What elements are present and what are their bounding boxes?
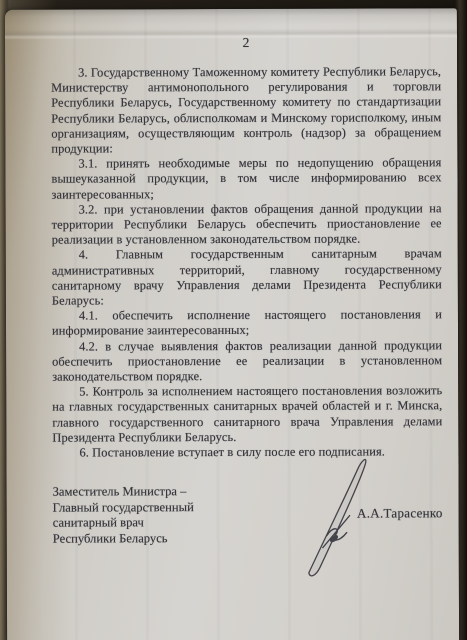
paragraph-3: 3. Государственному Таможенному комитету… — [51, 64, 441, 157]
photo-background: 2 3. Государственному Таможенному комите… — [0, 0, 467, 640]
signer-title: Заместитель Министра – Главный государст… — [53, 484, 194, 546]
page-content: 2 3. Государственному Таможенному комите… — [5, 8, 459, 547]
paragraph-4-2: 4.2. в случае выявления фактов реализаци… — [52, 338, 442, 385]
paragraph-3-2: 3.2. при установлении фактов обращения д… — [52, 201, 442, 248]
paragraph-4: 4. Главным государственным санитарным вр… — [52, 247, 442, 309]
body-text: 3. Государственному Таможенному комитету… — [51, 64, 442, 461]
signer-name: А.А.Тарасенко — [357, 506, 443, 546]
signer-title-line: Заместитель Министра – — [53, 484, 194, 500]
paragraph-3-1: 3.1. принять необходимые меры по недопущ… — [51, 155, 441, 202]
paragraph-6: 6. Постановление вступает в силу после е… — [52, 444, 442, 461]
signer-title-line: Главный государственный — [53, 500, 194, 516]
signature-block: Заместитель Министра – Главный государст… — [53, 484, 443, 547]
document-page: 2 3. Государственному Таможенному комите… — [5, 8, 459, 640]
signer-title-line: Республики Беларусь — [53, 531, 194, 547]
signer-title-line: санитарный врач — [53, 515, 194, 531]
page-number: 2 — [51, 34, 441, 51]
paragraph-5: 5. Контроль за исполнением настоящего по… — [52, 384, 442, 446]
paragraph-4-1: 4.1. обеспечить исполнение настоящего по… — [52, 308, 442, 340]
